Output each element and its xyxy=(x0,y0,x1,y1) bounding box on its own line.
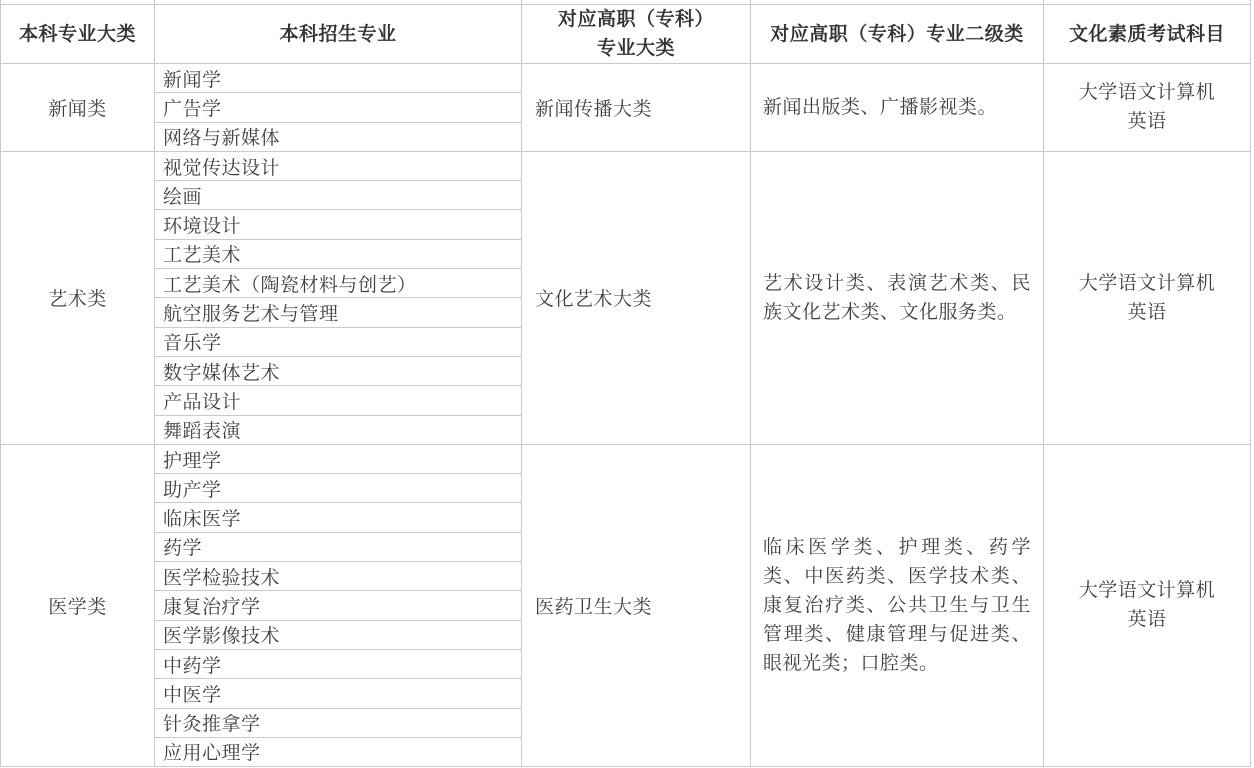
header-exam-subjects: 文化素质考试科目 xyxy=(1044,5,1251,64)
major-cell: 针灸推拿学 xyxy=(155,708,522,737)
exam-subjects-line1: 大学语文计算机 xyxy=(1054,269,1240,298)
header-vocational-line2: 专业大类 xyxy=(526,34,746,63)
exam-subjects-cell: 大学语文计算机英语 xyxy=(1044,64,1251,152)
major-cell: 康复治疗学 xyxy=(155,591,522,620)
major-cell: 产品设计 xyxy=(155,386,522,415)
header-category: 本科专业大类 xyxy=(1,5,155,64)
major-cell: 数字媒体艺术 xyxy=(155,356,522,385)
secondary-categories-cell: 艺术设计类、表演艺术类、民族文化艺术类、文化服务类。 xyxy=(751,151,1044,444)
exam-subjects-cell: 大学语文计算机英语 xyxy=(1044,151,1251,444)
major-cell: 中药学 xyxy=(155,649,522,678)
table-row: 新闻类新闻学新闻传播大类新闻出版类、广播影视类。大学语文计算机英语 xyxy=(1,64,1251,93)
category-cell: 医学类 xyxy=(1,444,155,766)
major-cell: 工艺美术 xyxy=(155,239,522,268)
major-cell: 环境设计 xyxy=(155,210,522,239)
major-cell: 助产学 xyxy=(155,474,522,503)
major-cell: 医学影像技术 xyxy=(155,620,522,649)
exam-subjects-line2: 英语 xyxy=(1054,298,1240,327)
major-cell: 航空服务艺术与管理 xyxy=(155,298,522,327)
exam-subjects-line1: 大学语文计算机 xyxy=(1054,576,1240,605)
vocational-category-cell: 新闻传播大类 xyxy=(522,64,751,152)
vocational-category-cell: 医药卫生大类 xyxy=(522,444,751,766)
major-cell: 临床医学 xyxy=(155,503,522,532)
page: 本科专业大类 本科招生专业 对应高职（专科） 专业大类 对应高职（专科）专业二级… xyxy=(0,0,1254,768)
header-vocational-category: 对应高职（专科） 专业大类 xyxy=(522,5,751,64)
exam-subjects-line2: 英语 xyxy=(1054,605,1240,634)
major-cell: 广告学 xyxy=(155,93,522,122)
major-cell: 音乐学 xyxy=(155,327,522,356)
secondary-categories-cell: 临床医学类、护理类、药学类、中医药类、医学技术类、康复治疗类、公共卫生与卫生管理… xyxy=(751,444,1044,766)
major-cell: 网络与新媒体 xyxy=(155,122,522,151)
major-cell: 医学检验技术 xyxy=(155,562,522,591)
major-cell: 新闻学 xyxy=(155,64,522,93)
table-body: 新闻类新闻学新闻传播大类新闻出版类、广播影视类。大学语文计算机英语广告学网络与新… xyxy=(1,64,1251,767)
table-row: 医学类护理学医药卫生大类临床医学类、护理类、药学类、中医药类、医学技术类、康复治… xyxy=(1,444,1251,473)
header-majors: 本科招生专业 xyxy=(155,5,522,64)
majors-mapping-table: 本科专业大类 本科招生专业 对应高职（专科） 专业大类 对应高职（专科）专业二级… xyxy=(0,0,1251,767)
secondary-categories-cell: 新闻出版类、广播影视类。 xyxy=(751,64,1044,152)
major-cell: 应用心理学 xyxy=(155,737,522,766)
vocational-category-cell: 文化艺术大类 xyxy=(522,151,751,444)
header-vocational-line1: 对应高职（专科） xyxy=(526,5,746,34)
major-cell: 舞蹈表演 xyxy=(155,415,522,444)
major-cell: 中医学 xyxy=(155,679,522,708)
category-cell: 艺术类 xyxy=(1,151,155,444)
major-cell: 视觉传达设计 xyxy=(155,151,522,180)
major-cell: 绘画 xyxy=(155,181,522,210)
category-cell: 新闻类 xyxy=(1,64,155,152)
exam-subjects-line2: 英语 xyxy=(1054,107,1240,136)
table-header-row: 本科专业大类 本科招生专业 对应高职（专科） 专业大类 对应高职（专科）专业二级… xyxy=(1,5,1251,64)
exam-subjects-cell: 大学语文计算机英语 xyxy=(1044,444,1251,766)
table-row: 艺术类视觉传达设计文化艺术大类艺术设计类、表演艺术类、民族文化艺术类、文化服务类… xyxy=(1,151,1251,180)
major-cell: 药学 xyxy=(155,532,522,561)
exam-subjects-line1: 大学语文计算机 xyxy=(1054,78,1240,107)
major-cell: 工艺美术（陶瓷材料与创艺） xyxy=(155,269,522,298)
major-cell: 护理学 xyxy=(155,444,522,473)
header-secondary-categories: 对应高职（专科）专业二级类 xyxy=(751,5,1044,64)
